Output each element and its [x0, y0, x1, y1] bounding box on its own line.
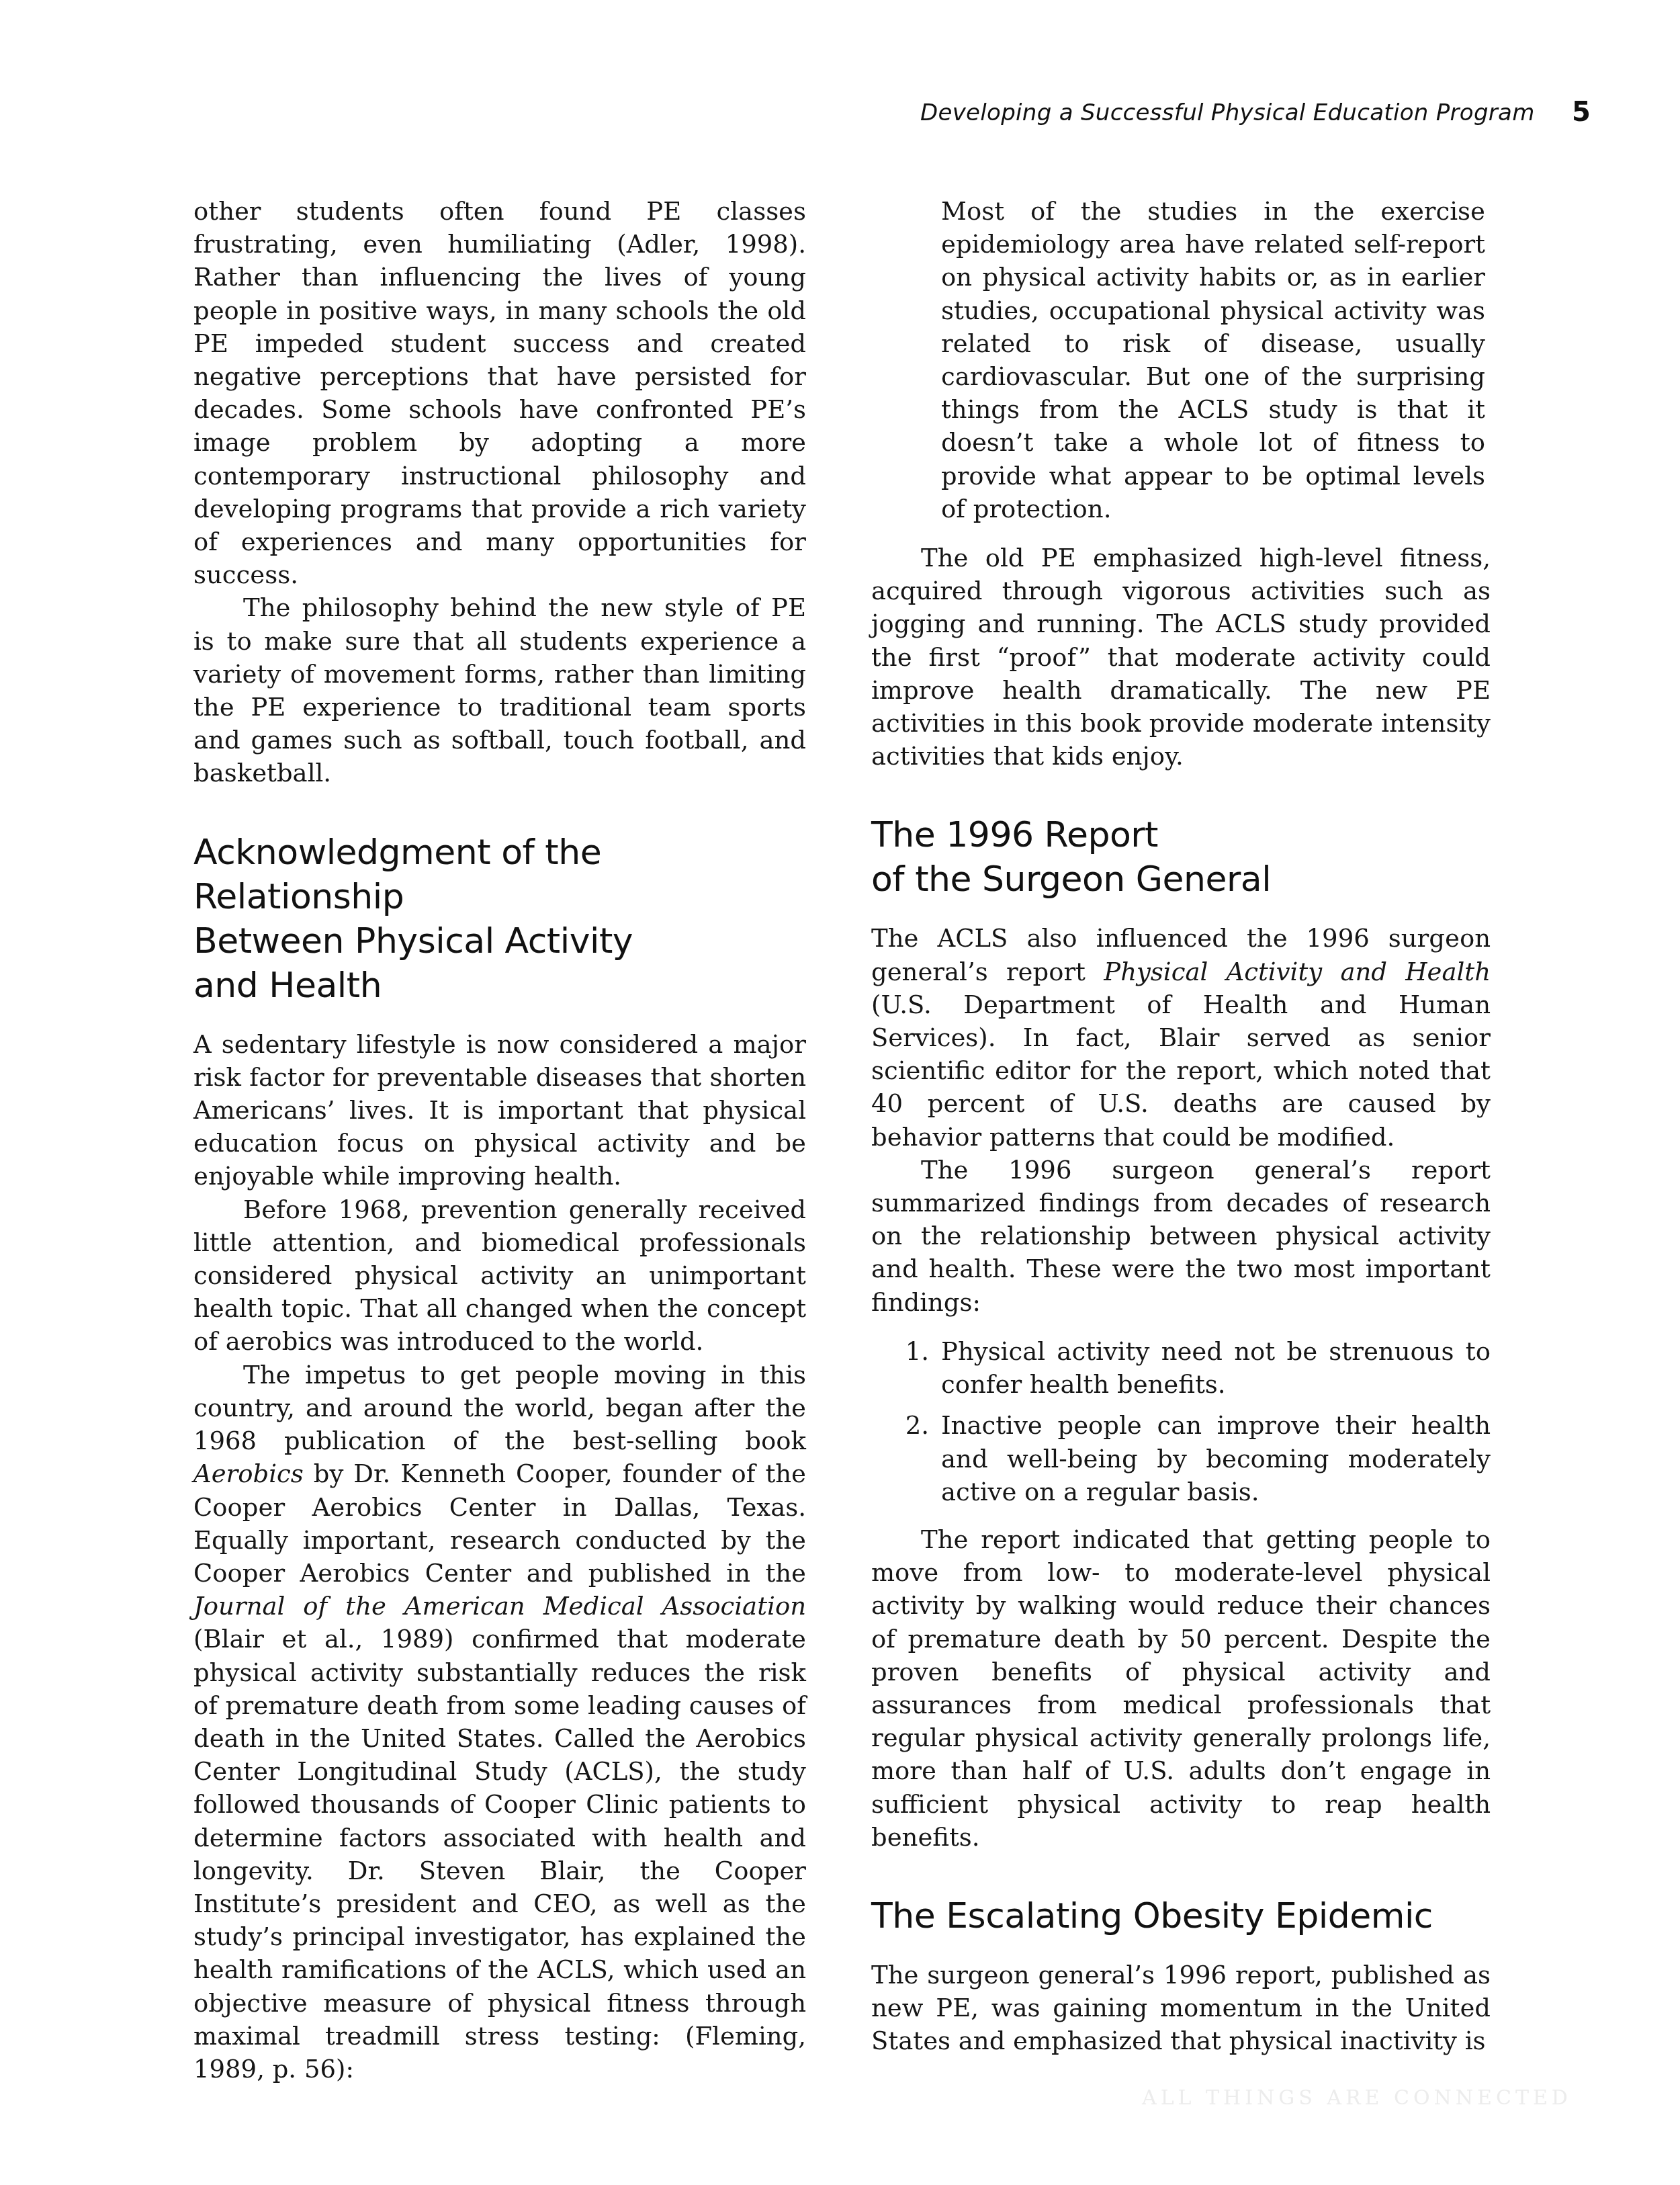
body-paragraph: other students often found PE classes fr… — [193, 195, 806, 591]
list-number: 1. — [871, 1335, 941, 1401]
text-run: (U.S. Department of Health and Human Ser… — [871, 990, 1491, 1152]
heading-line: and Health — [193, 963, 806, 1008]
heading-line: Between Physical Activity — [193, 919, 806, 963]
running-header-title: Developing a Successful Physical Educati… — [920, 99, 1535, 126]
findings-list: 1. Physical activity need not be strenuo… — [871, 1335, 1491, 1508]
report-title: Physical Activity and Health — [1104, 957, 1491, 986]
body-paragraph: A sedentary lifestyle is now considered … — [193, 1028, 806, 1193]
body-paragraph: The old PE emphasized high-level fitness… — [871, 542, 1491, 773]
book-title: Aerobics — [193, 1459, 304, 1488]
left-column: other students often found PE classes fr… — [193, 195, 806, 2086]
list-text: Physical activity need not be strenuous … — [941, 1335, 1491, 1401]
body-paragraph: The 1996 surgeon general’s report summar… — [871, 1154, 1491, 1319]
body-paragraph: The philosophy behind the new style of P… — [193, 591, 806, 789]
bleed-through-text: ALL THINGS ARE CONNECTED — [1142, 2086, 1572, 2110]
journal-title: Journal of the American Medical Associat… — [193, 1592, 806, 1621]
heading-line: The Escalating Obesity Epidemic — [871, 1894, 1491, 1938]
list-item: 2. Inactive people can improve their hea… — [871, 1409, 1491, 1508]
heading-line: Acknowledgment of the Relationship — [193, 830, 806, 919]
text-run: The impetus to get people moving in this… — [193, 1361, 806, 1455]
section-heading-obesity: The Escalating Obesity Epidemic — [871, 1894, 1491, 1938]
heading-line: of the Surgeon General — [871, 857, 1491, 902]
body-paragraph: The ACLS also influenced the 1996 surgeo… — [871, 922, 1491, 1153]
body-paragraph: Before 1968, prevention generally receiv… — [193, 1193, 806, 1359]
right-column: Most of the studies in the exercise epid… — [871, 195, 1491, 2058]
list-item: 1. Physical activity need not be strenuo… — [871, 1335, 1491, 1401]
body-paragraph: The surgeon general’s 1996 report, publi… — [871, 1959, 1491, 2058]
block-quote: Most of the studies in the exercise epid… — [941, 195, 1485, 525]
section-heading-relationship: Acknowledgment of the Relationship Betwe… — [193, 830, 806, 1008]
heading-line: The 1996 Report — [871, 813, 1491, 857]
text-run: (Blair et al., 1989) confirmed that mode… — [193, 1625, 806, 2084]
body-paragraph: The impetus to get people moving in this… — [193, 1359, 806, 2086]
list-number: 2. — [871, 1409, 941, 1508]
list-text: Inactive people can improve their health… — [941, 1409, 1491, 1508]
body-paragraph: The report indicated that getting people… — [871, 1523, 1491, 1854]
section-heading-surgeon-general: The 1996 Report of the Surgeon General — [871, 813, 1491, 902]
page-number: 5 — [1572, 97, 1591, 128]
